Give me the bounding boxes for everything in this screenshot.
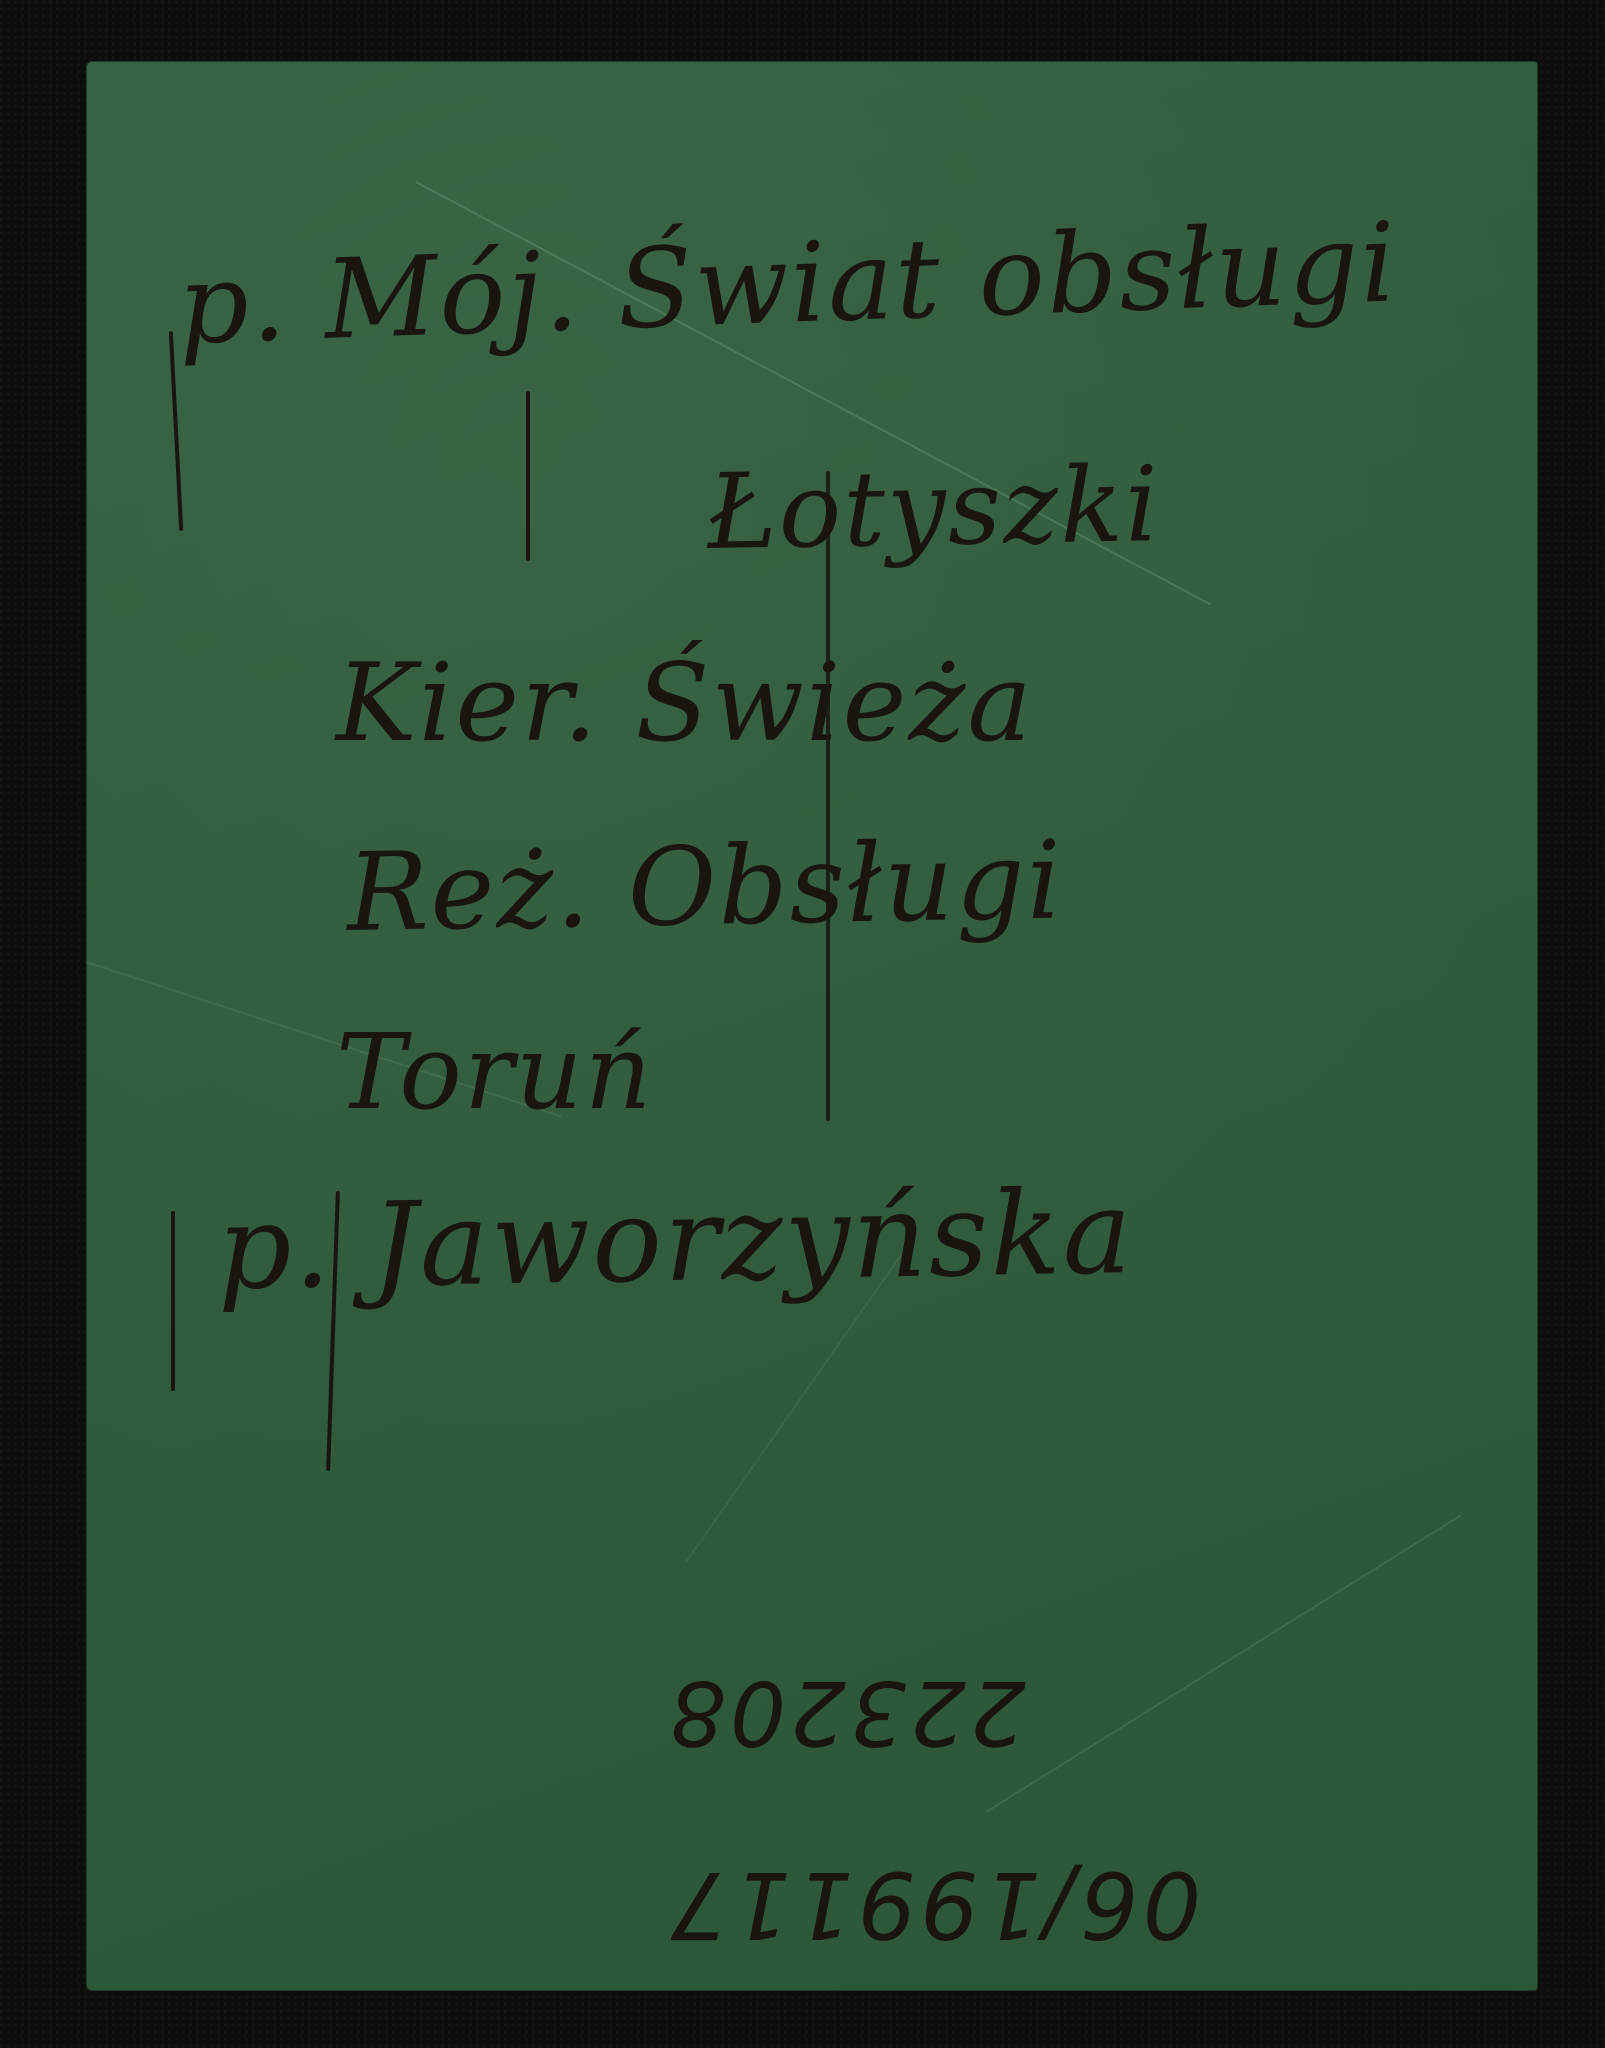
inverted-catalog-number: 223208 <box>666 1661 1026 1764</box>
handwritten-signature-line: p. Jaworzyńska <box>216 1165 1135 1316</box>
pen-stroke <box>526 391 530 561</box>
inverted-reference-number: 06/199117 <box>666 1851 1201 1958</box>
green-card: p. Mój. Świat obsługi Łotyszki Kier. Świ… <box>86 61 1538 1991</box>
handwritten-line-3: Kier. Świeża <box>336 641 1034 766</box>
handwritten-line-5: Toruń <box>336 1011 654 1133</box>
handwritten-line-4: Reż. Obsługi <box>346 819 1064 956</box>
handwritten-line-1: p. Mój. Świat obsługi <box>176 198 1400 368</box>
handwritten-line-2: Łotyszki <box>706 443 1161 573</box>
paper-crease <box>985 1514 1461 1812</box>
pen-stroke <box>171 1211 175 1391</box>
